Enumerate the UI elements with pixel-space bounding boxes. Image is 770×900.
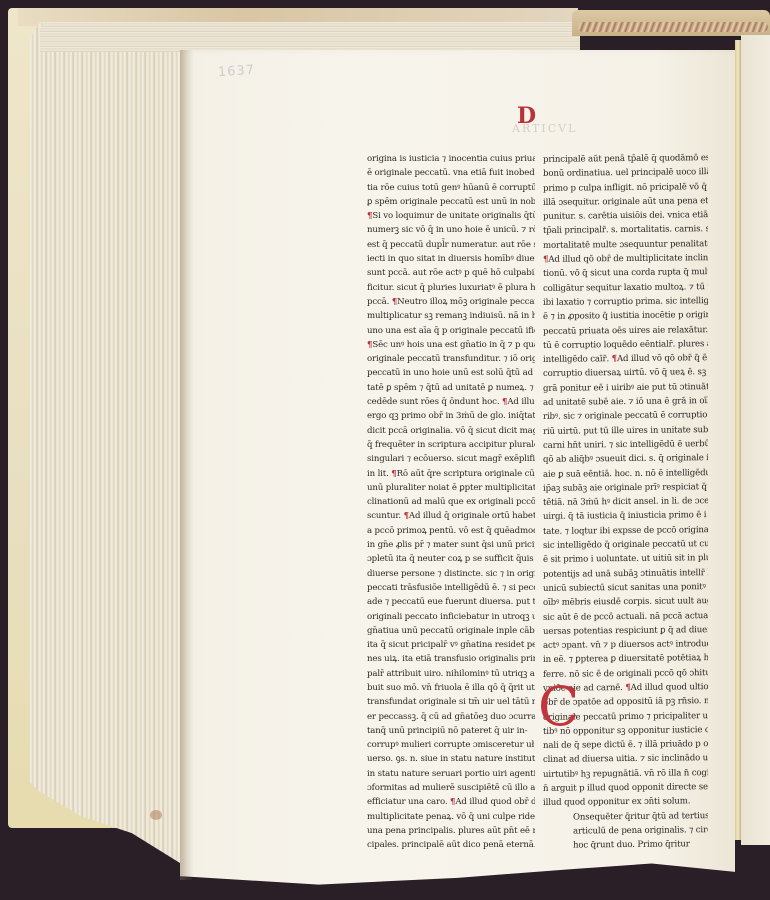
text-line: cipales. principalē aūt dico penā eternā… — [367, 838, 535, 852]
text-line: multiplicitate penaꝝ. vō q̄ uni culpe ri… — [367, 810, 535, 824]
red-paragraph-mark: ¶ — [367, 340, 372, 350]
text-line: er peccassꝫ. q̄ cū ad gn̄atōeꝫ duo ɔcurr… — [367, 710, 535, 724]
red-paragraph-mark: ¶ — [404, 511, 409, 521]
page-stack-top-edge — [40, 22, 580, 52]
red-paragraph-mark: ¶ — [450, 797, 455, 807]
text-line: potentijs ad unā subāꝫ ɔtinuātis intellr… — [543, 566, 708, 582]
facing-page-edge — [741, 35, 770, 845]
text-line: scuntur. ¶Ad illud q̄ originale ortū hab… — [367, 509, 535, 523]
text-line: tp̄ali principalr̄. s. mortalitatis. car… — [543, 223, 708, 239]
red-paragraph-mark: ¶ — [612, 354, 617, 364]
headband-twist — [578, 22, 768, 32]
text-line: transfundat originale si tm̄ uir uel tāt… — [367, 695, 535, 709]
text-line: corrupꝰ mulieri corrupte ɔmisceretur uł … — [367, 738, 535, 752]
text-line: in gn̄e ꝓlis pr̄ ⁊ mater sunt q̄si unū p… — [367, 538, 535, 552]
text-line: a pccō primoꝝ pentū. vō est q̄ quēadmodū — [367, 524, 535, 538]
text-line: uirgi. q̄ tā iusticia q̄ iniusticia prim… — [543, 509, 708, 525]
text-line: ɔformitas ad mulierē suscipiētē cū illo … — [367, 781, 535, 795]
pencil-shelfmark: 1637 — [218, 63, 256, 81]
text-line: multiplicatur sꝫ remanꝫ indiuisū. nā in … — [367, 309, 535, 323]
text-line: sic aūt ē de pccō actuali. nā pccā actua… — [543, 609, 708, 625]
text-line: gn̄atiua unū peccatū originale inple cāb… — [367, 624, 535, 638]
text-line: origina is iusticia ⁊ inocentia cuius pr… — [367, 152, 535, 166]
text-line: qō ab aliq̄bꝰ ɔsueuit dici. s. q̄ origin… — [543, 451, 708, 467]
book-photograph: 1637 D ARTICVL origina is iusticia ⁊ ino… — [0, 0, 770, 900]
text-line: nes uiꝝ. ita etiā transfusio originalis … — [367, 652, 535, 666]
text-line: ꝑ spēm originale peccatū est unū in nobi… — [367, 195, 535, 209]
red-paragraph-mark: ¶ — [625, 683, 630, 693]
text-line: palr̄ attribuit uiro. nihilominꝰ tū utri… — [367, 667, 535, 681]
show-through-running-head: ARTICVL — [512, 122, 577, 135]
text-line: ē ⁊ in ꝓposito q̄ iustitia inocētie p or… — [543, 308, 708, 324]
text-line: in lit. ¶Rō aūt q̄re scriptura originale… — [367, 467, 535, 481]
text-line: iecti in quo sitat in diuersis homībꝰ di… — [367, 252, 535, 266]
text-line: dicit pccā originalia. vō q̄ sicut dicit… — [367, 424, 535, 438]
text-line: tanq̄ unū principiū nō pateret q̄ uir in… — [367, 724, 535, 738]
page-edge-shadow — [180, 50, 194, 880]
text-line: unū pluraliter noiat ē ꝑpter multiplicit… — [367, 481, 535, 495]
text-line: in statu nature seruari portio uiri agen… — [367, 767, 535, 781]
foxing-stain — [150, 810, 162, 820]
text-line: sunt pccā. aut rōe actꝰ p quē hō culpabi… — [367, 266, 535, 280]
text-line: primo p culpa infligit. nō pricipalē vō … — [543, 180, 708, 196]
text-line: tatē ꝑ spēm ⁊ q̄tū ad unitatē ꝑ numeꝝ. ⁊… — [367, 381, 535, 395]
red-paragraph-mark: ¶ — [502, 397, 507, 407]
text-column-left: origina is iusticia ⁊ inocentia cuius pr… — [367, 152, 535, 853]
text-line: in eē. ⁊ ꝑpterea ꝑ diuersitatē potētiaꝝ … — [543, 652, 708, 668]
text-line: ade ⁊ peccatū eue fuerunt diuersa. put t… — [367, 595, 535, 609]
text-line: q̄ frequēter in scriptura accipitur plur… — [367, 438, 535, 452]
text-line: peccatū priuata oēs uires aie relaxātur.… — [543, 323, 708, 339]
text-line: ¶Si vo loquimur de unitate originalis q̄… — [367, 209, 535, 223]
text-line: ergo qꝫ primo obr̄ in 3ṁū de glo. iniq̄t… — [367, 409, 535, 423]
text-line: efficiatur una caro. ¶Ad illud quod obr̄… — [367, 795, 535, 809]
text-line: ɔpletū ita q̄ neuter coꝝ p se sufficit q… — [367, 552, 535, 566]
text-line: diuerse persone ⁊ distincte. sic ⁊ in or… — [367, 567, 535, 581]
text-line: ē originale peccatū. vna etiā fuit inobe… — [367, 166, 535, 180]
red-initial-c: C — [538, 680, 579, 734]
red-paragraph-mark: ¶ — [543, 255, 548, 265]
text-line: cedēde sunt rōes q̄ ōndunt hoc. ¶Ad illu… — [367, 395, 535, 409]
text-line: hoc q̄runt duo. Primo q̄ritur — [543, 837, 708, 853]
text-line: originale peccatū transfunditur. ⁊ iō or… — [367, 352, 535, 366]
text-line: tionū. vō q̄ sicut una corda rupta q̄ mu… — [543, 266, 708, 282]
text-line: peccati trāsfusiōe intelligēdū ē. ⁊ si p… — [367, 581, 535, 595]
text-line: ribꝰ. sic ⁊ originale peccatū ē corrupti… — [543, 408, 708, 424]
red-paragraph-mark: ¶ — [392, 297, 397, 307]
text-line: illud quod opponitur ex ɔn̄ti solum. — [543, 794, 708, 810]
text-line: bonū ordinatiua. uel principalē uoco ill… — [543, 165, 708, 181]
text-line: oībꝰ mēbris eiusdē corpis. sicut uult au… — [543, 594, 708, 610]
text-line: est q̄ peccatū dupl̄r numeratur. aut rōe… — [367, 238, 535, 252]
red-paragraph-mark: ¶ — [391, 469, 396, 479]
text-line: ¶Sēc unꝰ hois una est gn̄atio in q̄ ⁊ p … — [367, 338, 535, 352]
red-paragraph-mark: ¶ — [367, 211, 372, 221]
text-column-right: principalē aūt penā tp̄alē q̄ quodāmō es… — [543, 151, 708, 853]
text-line: ficitur. sicut q̄ pluries luxuriatꝰ ē pl… — [367, 281, 535, 295]
text-line: ita q̄ sicut pricipalr̄ vꝰ gn̄atina resi… — [367, 638, 535, 652]
text-line: pccā. ¶Neutro illoꝝ mōꝫ originale peccat… — [367, 295, 535, 309]
text-line: ē sit primo i uoluntate. ut uitiū sit in… — [543, 551, 708, 567]
text-line: buit suo mō. vn̄ friuola ē illa qō q̄ q̄… — [367, 681, 535, 695]
text-line: uno una est aīa q̄ p originale peccatū i… — [367, 324, 535, 338]
text-line: singulari ⁊ ecōuerso. sicut magr̄ exēpli… — [367, 452, 535, 466]
text-line: peccatū in uno hoie unū est solū q̄tū ad… — [367, 366, 535, 380]
text-line: clinat ad diuersa uitia. ⁊ sic inclinādo… — [543, 752, 708, 768]
page-stack-fore-edge — [30, 22, 200, 867]
text-line: uerso. ꝯs. n. siue in statu nature insti… — [367, 752, 535, 766]
text-line: corruptio diuersaꝝ uirtū. vō q̄ ueꝝ ē. s… — [543, 366, 708, 382]
text-line: tia rōe cuius totū genꝰ hūanū ē corruptū… — [367, 181, 535, 195]
text-line: aie ꝑ suā eēntiā. hoc. n. nō ē intelligē… — [543, 466, 708, 482]
text-line: numerꝫ sic vō q̄ in uno hoie ē unicū. ⁊ … — [367, 223, 535, 237]
text-line: clinationū ad malū que ex originali pccō… — [367, 495, 535, 509]
text-line: una pena principalis. plures aūt pn̄t eē… — [367, 824, 535, 838]
text-line: originali peccato inficiebatur in utroqꝫ… — [367, 610, 535, 624]
